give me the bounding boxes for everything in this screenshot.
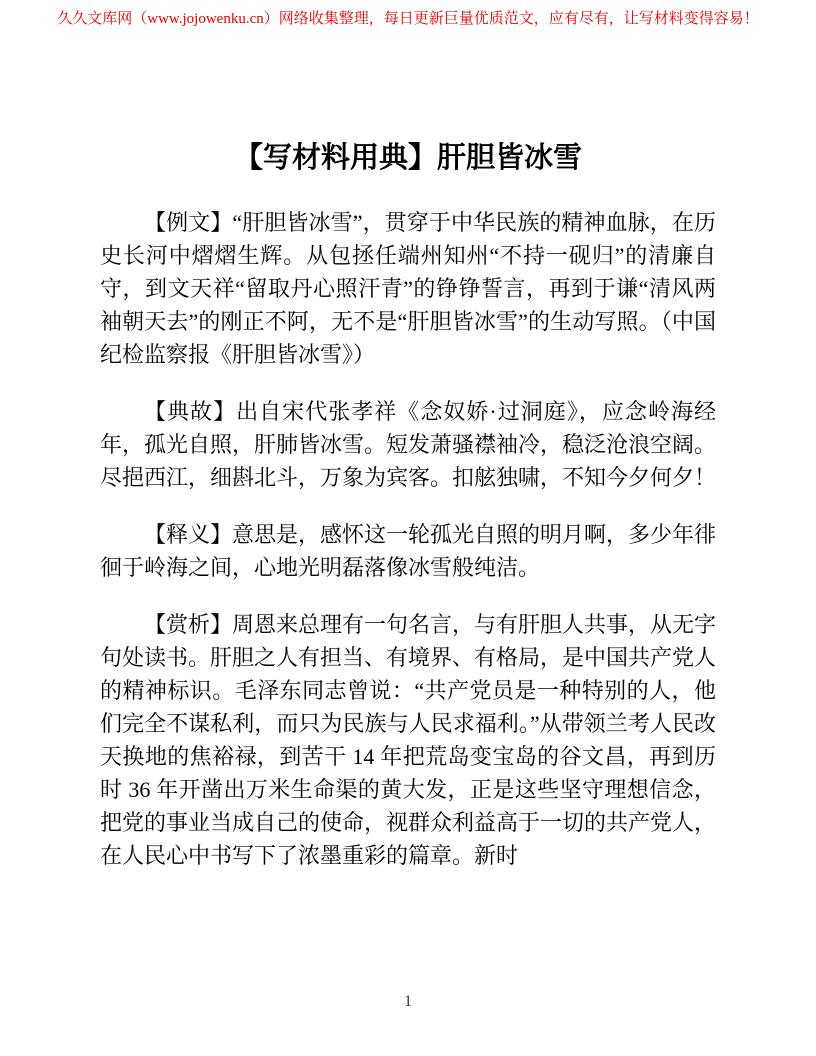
paragraph-example-liwen: 【例文】“肝胆皆冰雪”，贯穿于中华民族的精神血脉，在历史长河中熠熠生辉。从包拯任… — [100, 206, 716, 371]
site-watermark-header: 久久文库网（www.jojowenku.cn）网络收集整理，每日更新巨量优质范文… — [0, 0, 816, 30]
document-body: 【例文】“肝胆皆冰雪”，贯穿于中华民族的精神血脉，在历史长河中熠熠生辉。从包拯任… — [100, 206, 716, 872]
page-number: 1 — [0, 993, 816, 1011]
paragraph-allusion-diangu: 【典故】出自宋代张孝祥《念奴娇·过洞庭》，应念岭海经年，孤光自照，肝肺皆冰雪。短… — [100, 395, 716, 494]
document-page: 久久文库网（www.jojowenku.cn）网络收集整理，每日更新巨量优质范文… — [0, 0, 816, 1056]
paragraph-definition-shiyi: 【释义】意思是，感怀这一轮孤光自照的明月啊，多少年徘徊于岭海之间，心地光明磊落像… — [100, 518, 716, 584]
paragraph-appreciation-shangxi: 【赏析】周恩来总理有一句名言，与有肝胆人共事，从无字句处读书。肝胆之人有担当、有… — [100, 608, 716, 872]
document-title: 【写材料用典】肝胆皆冰雪 — [100, 138, 716, 178]
